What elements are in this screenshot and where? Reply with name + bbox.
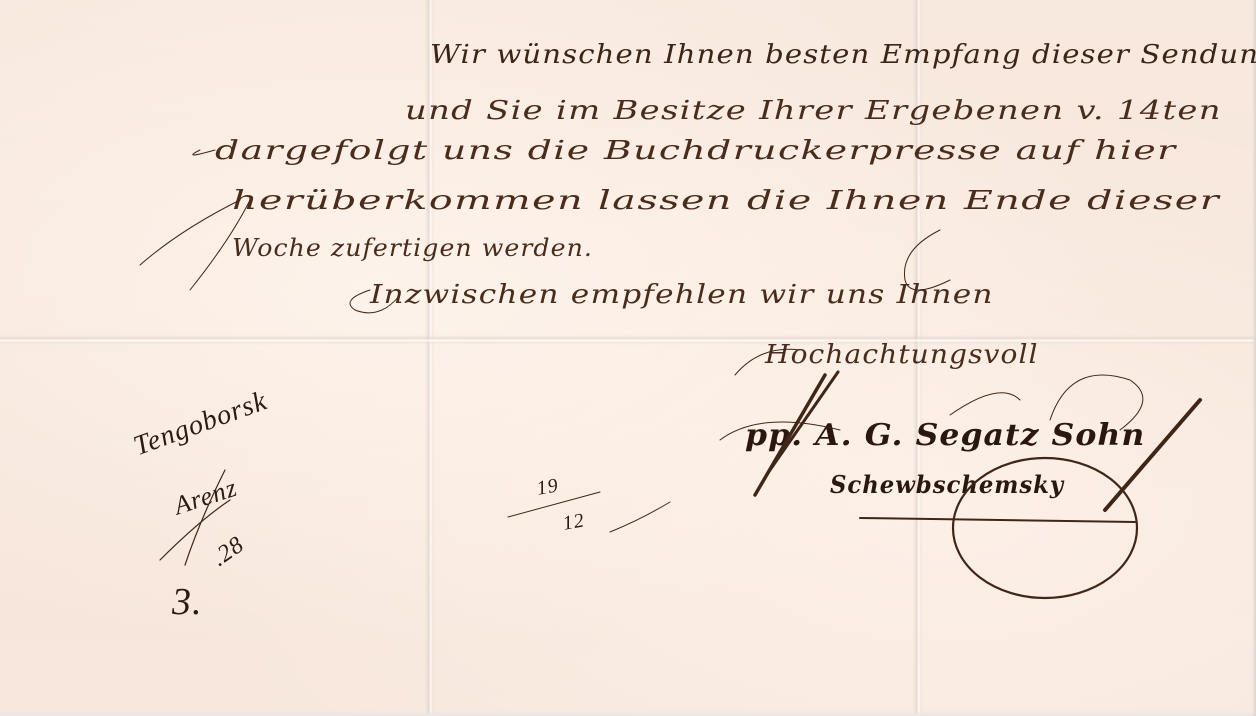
letter-line-5: Woche zufertigen werden. bbox=[232, 234, 593, 262]
fraction-numerator: 19 bbox=[535, 474, 561, 500]
margin-note-line-3: .28 bbox=[207, 532, 250, 573]
letter-line-4: herüberkommen lassen die Ihnen Ende dies… bbox=[232, 186, 1220, 216]
signature-name: Schewbschemsky bbox=[830, 470, 1064, 499]
fraction-denominator: 12 bbox=[561, 509, 587, 535]
letter-line-2: und Sie im Besitze Ihrer Ergebenen v. 14… bbox=[405, 96, 1222, 126]
page-right-edge bbox=[1252, 0, 1256, 716]
letter-line-1: Wir wünschen Ihnen besten Empfang dieser… bbox=[430, 40, 1256, 70]
margin-note-line-4: 3. bbox=[172, 580, 203, 624]
letter-line-6: Inzwischen empfehlen wir uns Ihnen bbox=[370, 280, 994, 310]
letter-line-3: dargefolgt uns die Buchdruckerpresse auf… bbox=[215, 136, 1177, 166]
horizontal-fold bbox=[0, 335, 1256, 345]
letter-page: Wir wünschen Ihnen besten Empfang dieser… bbox=[0, 0, 1256, 716]
page-bottom-edge bbox=[0, 710, 1256, 716]
margin-note-line-2: Arenz bbox=[170, 473, 241, 522]
letter-closing: Hochachtungsvoll bbox=[765, 340, 1039, 370]
signature-firm-name: pp. A. G. Segatz Sohn bbox=[745, 418, 1145, 453]
margin-note-line-1: Tengoborsk bbox=[130, 385, 272, 463]
